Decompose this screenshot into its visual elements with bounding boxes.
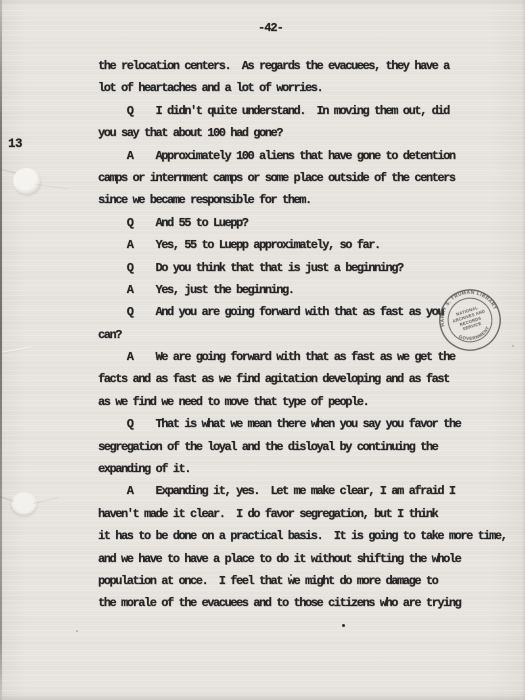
text-line: camps or internment camps or some place … xyxy=(98,167,518,189)
text-line: A Expanding it, yes. Let me make clear, … xyxy=(98,480,518,502)
text-line: population at once. I feel that we might… xyxy=(98,570,518,592)
text-line: A Approximately 100 aliens that have gon… xyxy=(98,145,518,167)
text-line: Q And 55 to Luepp? xyxy=(98,212,518,234)
text-line: the morale of the evacuees and to those … xyxy=(98,592,518,614)
text-line: lot of heartaches and a lot of worries. xyxy=(98,77,518,99)
document-page: -42- 13 the relocation centers. As regar… xyxy=(0,0,525,700)
ink-speck xyxy=(512,345,514,347)
text-line: as we find we need to move that type of … xyxy=(98,391,518,413)
text-line: Q I didn't quite understand. In moving t… xyxy=(98,100,518,122)
text-line: haven't made it clear. I do favor segreg… xyxy=(98,503,518,525)
page-number: -42- xyxy=(258,21,283,35)
margin-page-marker: 13 xyxy=(8,137,22,151)
hole-punch xyxy=(13,168,40,194)
text-line: since we became responsible for them. xyxy=(98,189,518,211)
page-edge-shadow xyxy=(0,0,2,700)
text-line: it has to be done on a practical basis. … xyxy=(98,525,518,547)
text-line: facts and as fast as we find agitation d… xyxy=(98,368,518,390)
paper-crease xyxy=(2,346,32,352)
text-line: Q Do you think that that is just a begin… xyxy=(98,257,518,279)
text-line: you say that about 100 had gone? xyxy=(98,122,518,144)
paper-crease xyxy=(0,168,16,173)
paper-crease xyxy=(34,184,68,190)
text-line: segregation of the loyal and the disloya… xyxy=(98,436,518,458)
paper-crease xyxy=(33,497,58,504)
ink-speck xyxy=(342,624,345,627)
text-line: Q That is what we mean there when you sa… xyxy=(98,413,518,435)
text-line: A Yes, 55 to Luepp approximately, so far… xyxy=(98,234,518,256)
ink-speck xyxy=(76,630,78,632)
text-line: expanding of it. xyxy=(98,458,518,480)
text-line: the relocation centers. As regards the e… xyxy=(98,55,518,77)
text-line: and we have to have a place to do it wit… xyxy=(98,548,518,570)
